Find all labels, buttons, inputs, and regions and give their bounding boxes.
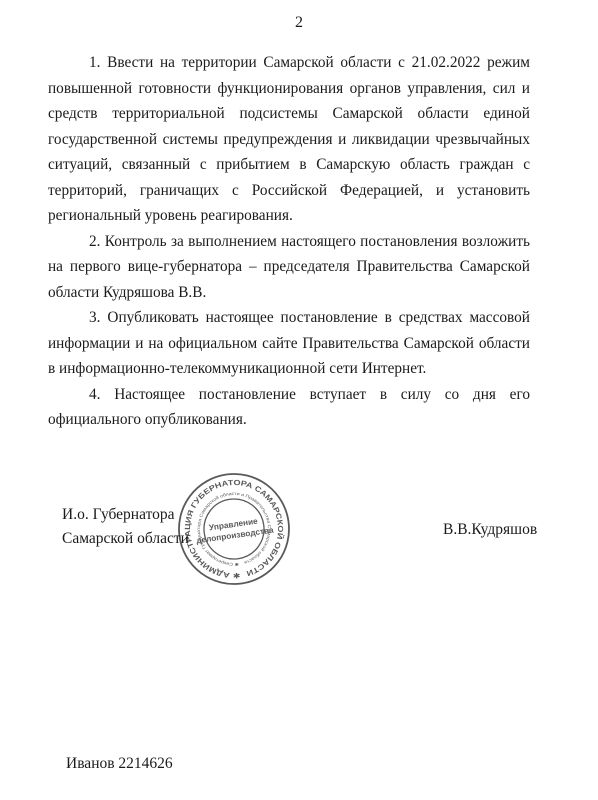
text-line: 4. Настоящее постановление вступает в си… [48,382,530,408]
text-line: 3. Опубликовать настоящее постановление … [48,305,530,331]
text-line: на первого вице-губернатора – председате… [48,254,530,280]
page-number: 2 [0,14,598,32]
paragraph-4: 4. Настоящее постановление вступает в си… [48,382,530,433]
official-stamp-icon: ✱ АДМИНИСТРАЦИЯ ГУБЕРНАТОРА САМАРСКОЙ ОБ… [169,464,299,594]
executor-reference: Иванов 2214626 [66,755,173,773]
text-line: информации и на официальном сайте Правит… [48,331,530,357]
text-line: официального опубликования. [48,407,530,433]
text-line: 1. Ввести на территории Самарской област… [48,50,530,76]
document-body: 1. Ввести на территории Самарской област… [48,50,530,433]
paragraph-1: 1. Ввести на территории Самарской област… [48,50,530,229]
text-line: ситуаций, связанный с прибытием в Самарс… [48,152,530,178]
text-line: средств территориальной подсистемы Самар… [48,101,530,127]
paragraph-3: 3. Опубликовать настоящее постановление … [48,305,530,382]
text-line: 2. Контроль за выполнением настоящего по… [48,229,530,255]
text-line: в информационно-телекоммуникационной сет… [48,356,530,382]
signatory-name: В.В.Кудряшов [443,521,537,539]
text-line: территорий, граничащих с Российской Феде… [48,178,530,204]
text-line: региональный уровень реагирования. [48,203,530,229]
text-line: государственной системы предупреждения и… [48,127,530,153]
document-page: 2 1. Ввести на территории Самарской обла… [0,0,598,800]
paragraph-2: 2. Контроль за выполнением настоящего по… [48,229,530,306]
text-line: повышенной готовности функционирования о… [48,76,530,102]
text-line: области Кудряшова В.В. [48,280,530,306]
